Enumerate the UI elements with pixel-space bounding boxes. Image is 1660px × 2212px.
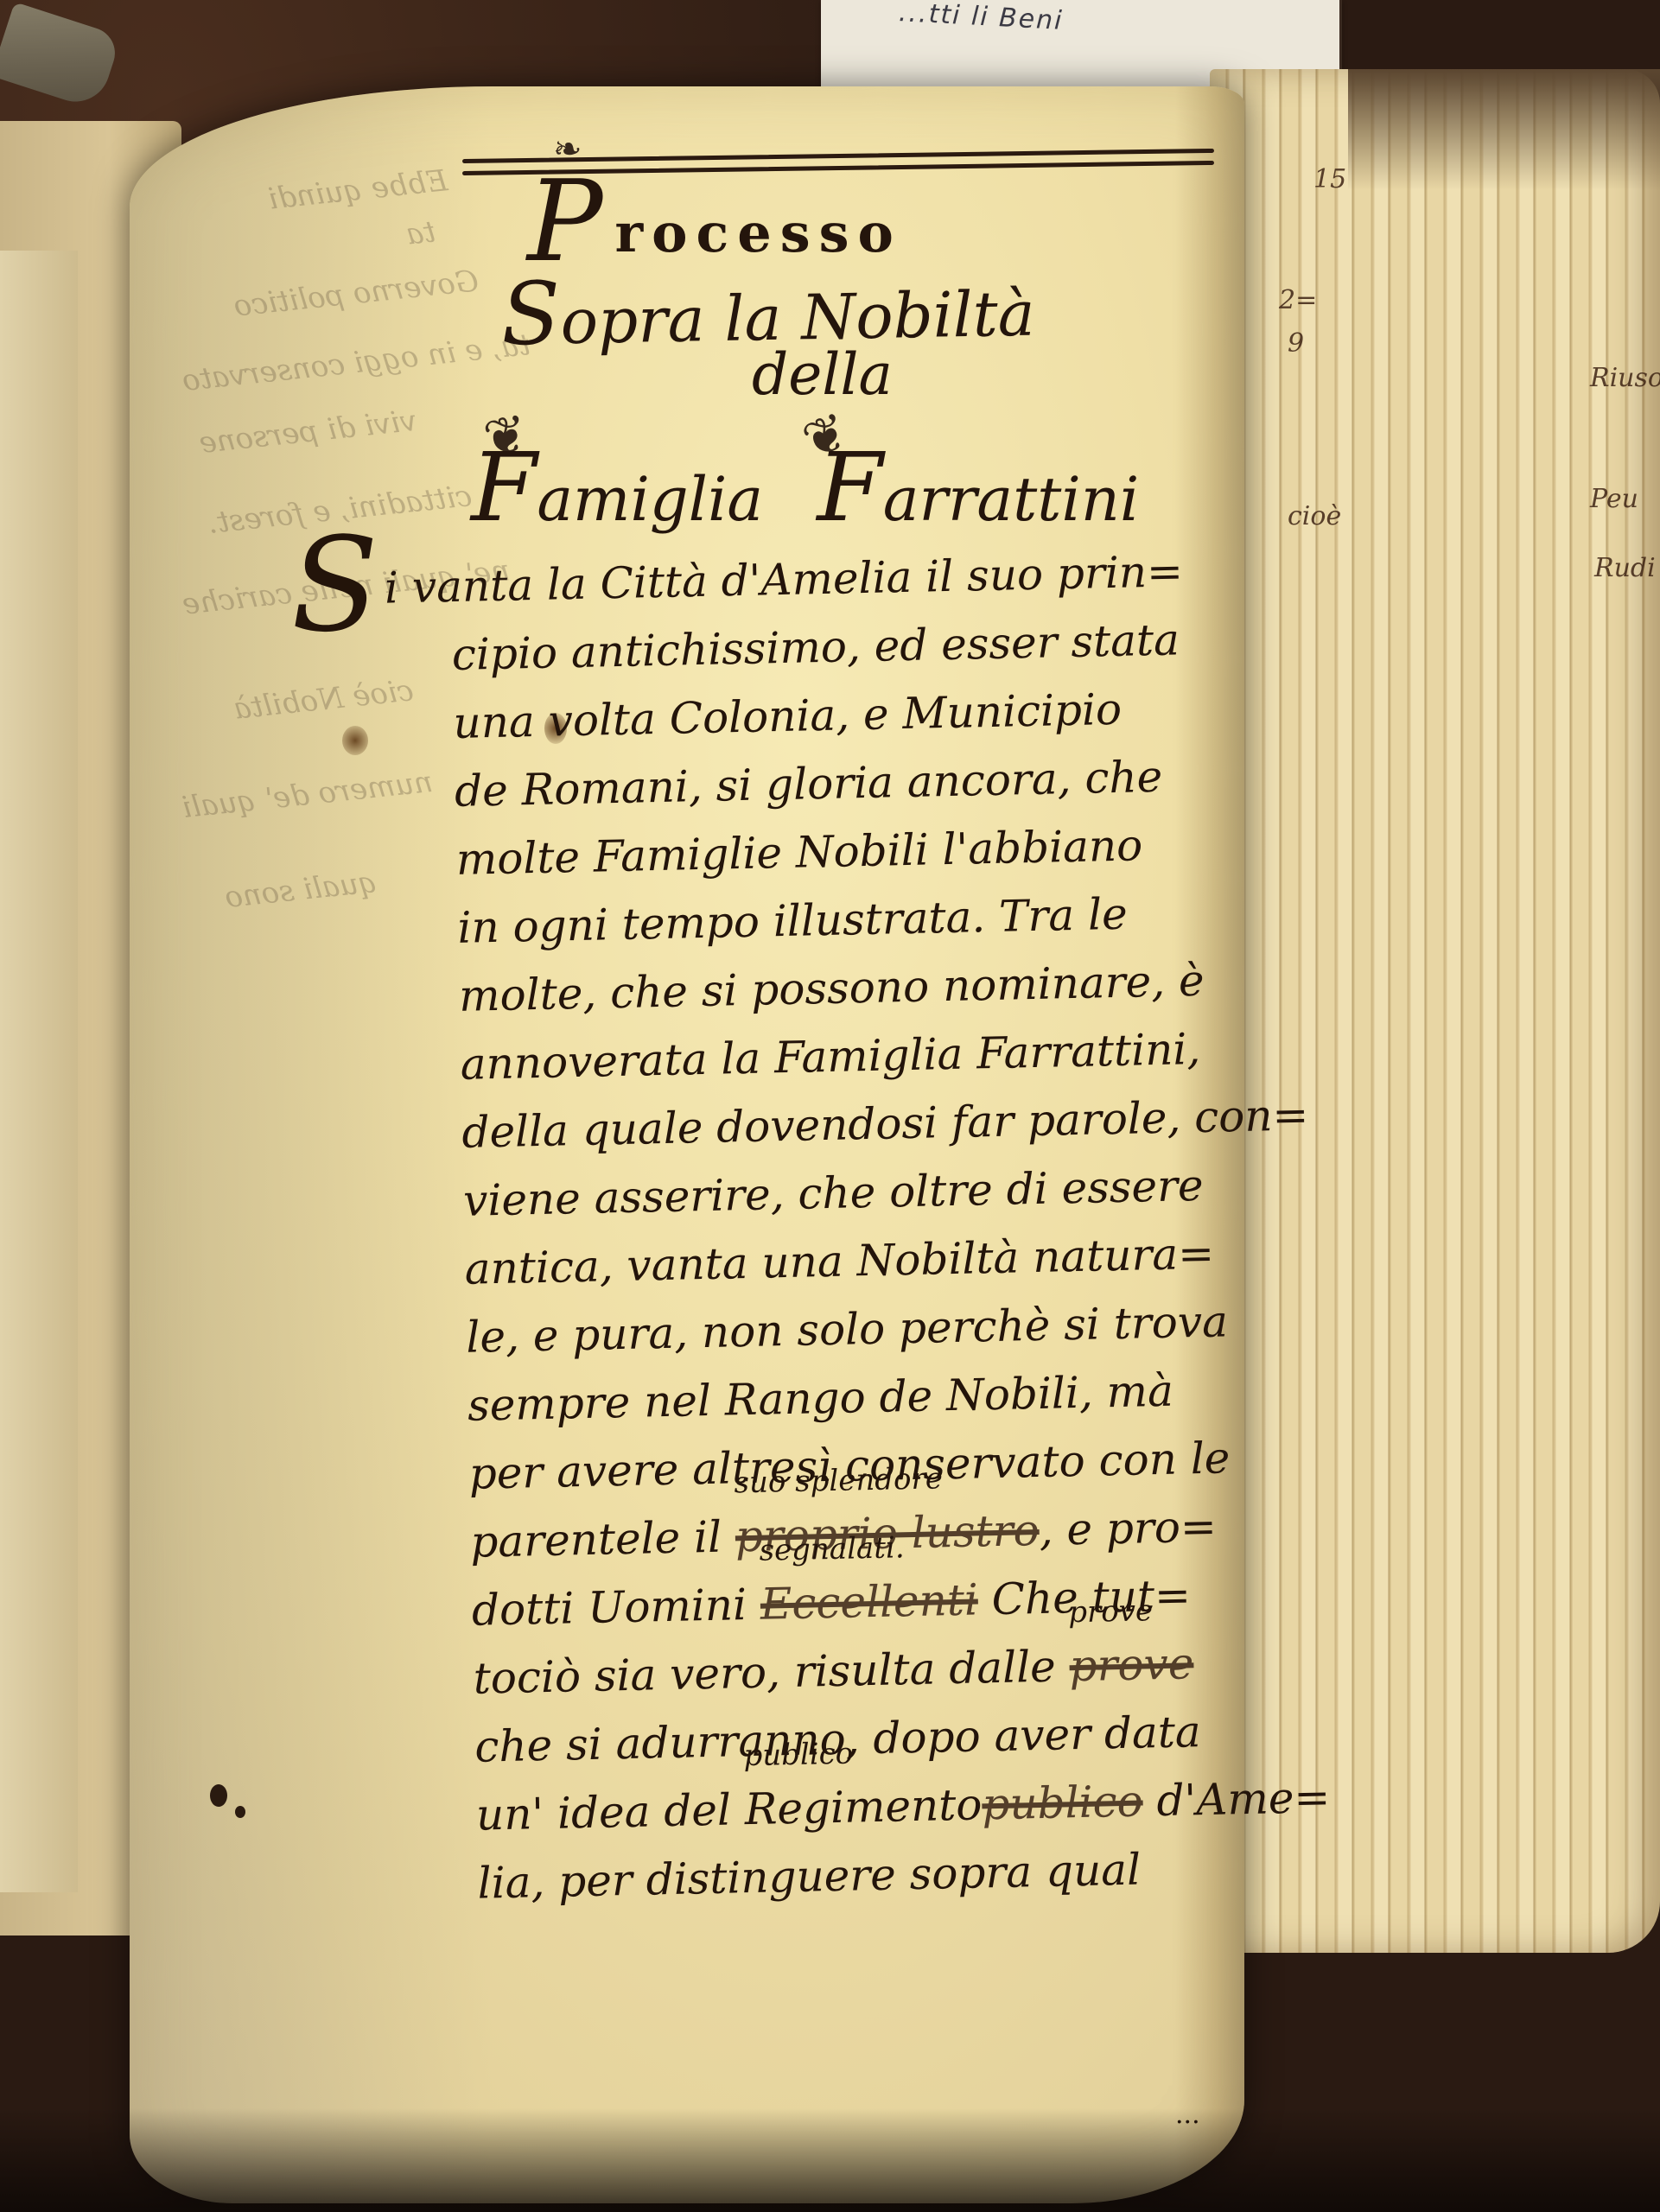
- stack-note: 2=: [1279, 285, 1317, 315]
- decorated-initial: S: [500, 263, 562, 365]
- opening-initial: S: [290, 563, 380, 608]
- page-stack: [1210, 69, 1660, 1953]
- stack-note: Peu: [1590, 484, 1638, 514]
- stack-note: Riuso: [1590, 363, 1660, 393]
- body-text: tociò sia vero, risulta dalle: [473, 1641, 1070, 1703]
- manuscript-body: Si vanta la Città d'Amelia il suo prin= …: [449, 519, 1273, 1918]
- bleedthrough-text: ta: [404, 214, 437, 251]
- page-stack-shadow: [1348, 69, 1660, 190]
- body-text: un' idea del: [475, 1784, 745, 1840]
- stack-note: cioè: [1288, 501, 1341, 531]
- body-text: Regimento: [744, 1779, 983, 1834]
- body-text: , e pro=: [1039, 1502, 1217, 1555]
- foxing-stain: [342, 726, 368, 755]
- inserted-text: publico: [743, 1739, 853, 1771]
- title-text: amiglia: [537, 464, 763, 535]
- stack-note: 9: [1288, 328, 1304, 359]
- left-board-edge: [0, 251, 78, 1892]
- struck-text: prove: [1069, 1638, 1194, 1691]
- body-text: d'Ame=: [1142, 1772, 1331, 1827]
- title-della: della: [752, 341, 893, 408]
- stack-note: 15: [1313, 164, 1346, 194]
- ink-blot: [210, 1784, 227, 1807]
- interlinear-correction: segnalati.Eccellenti: [760, 1566, 979, 1638]
- struck-text: Eccellenti: [760, 1574, 978, 1629]
- bottom-shadow: [0, 2108, 1660, 2212]
- inserted-text: prove: [1068, 1596, 1154, 1627]
- inserted-text: suo splendore: [734, 1464, 943, 1497]
- ink-blot: [235, 1806, 245, 1818]
- struck-text: publico: [982, 1777, 1143, 1830]
- page-shade: [130, 86, 493, 2203]
- body-text: parentele il: [470, 1511, 736, 1567]
- flourish-ornament-icon: ❧: [553, 130, 582, 169]
- interlinear-correction: proveprove: [1069, 1630, 1194, 1700]
- body-line-text: i vanta la Città d'Amelia il suo prin=: [384, 546, 1183, 613]
- title-text: rocesso: [614, 201, 901, 264]
- stack-note: Rudi: [1594, 553, 1656, 583]
- inserted-text: segnalati.: [759, 1533, 905, 1566]
- interlinear-correction: publicoRegimento: [744, 1770, 983, 1844]
- body-text: dotti Uomini: [471, 1580, 760, 1636]
